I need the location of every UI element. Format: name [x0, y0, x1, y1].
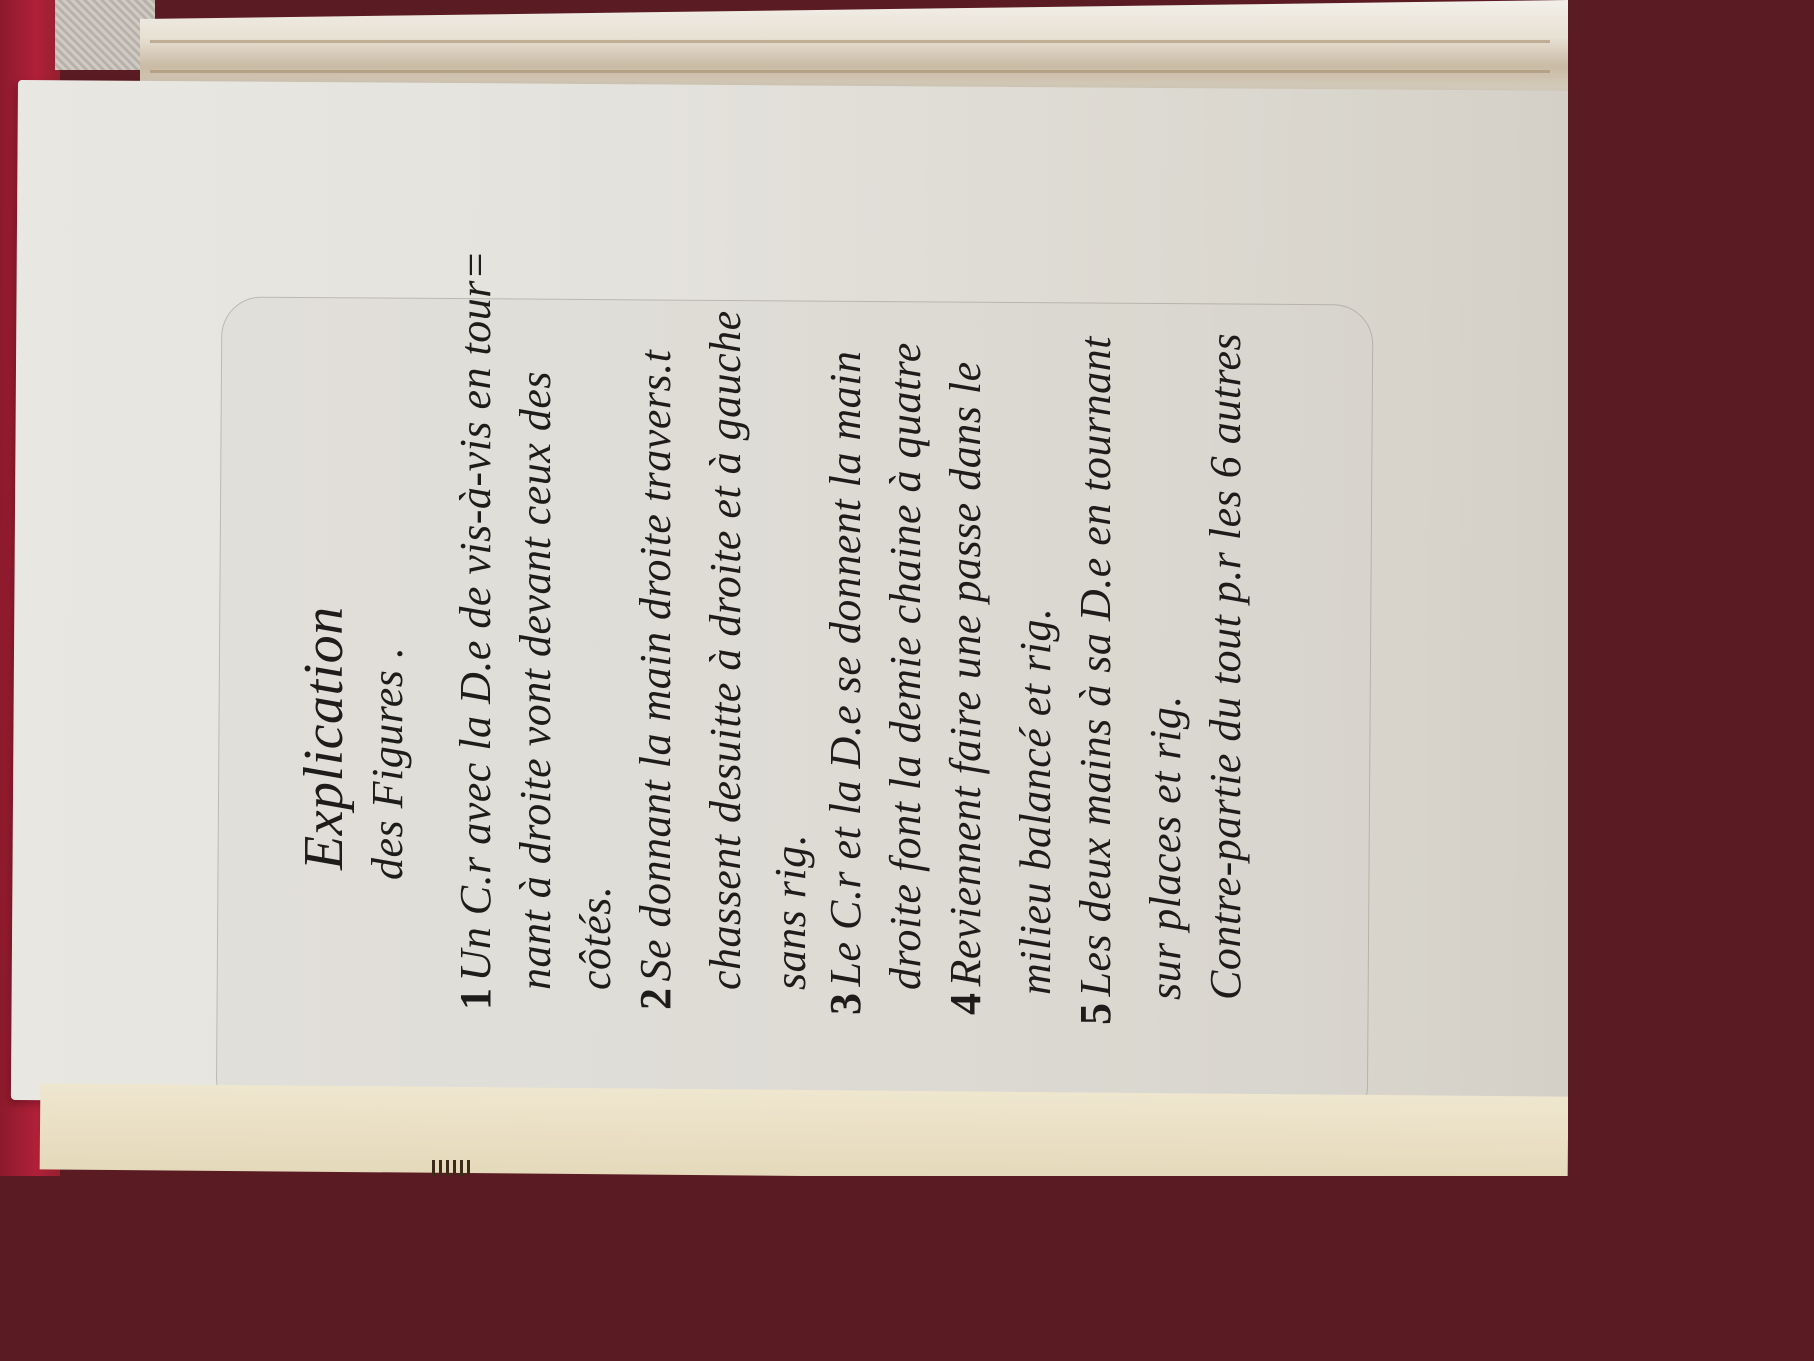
facing-page-edge: [40, 1083, 1568, 1176]
page-edge-line: [150, 70, 1550, 73]
text-line: chassent desuitte à droite et à gauche: [700, 310, 751, 990]
text-line: droite font la demie chaine à quatre: [880, 342, 931, 990]
text-line: 1Un C.r avec la D.e de vis-à-vis en tour…: [450, 250, 501, 1010]
text-line: 4Reviennent faire une passe dans le: [940, 361, 991, 1015]
page-edge-line: [150, 40, 1550, 43]
text-line: milieu balancé et rig.: [1010, 608, 1061, 995]
text-line: côtés.: [570, 886, 621, 990]
text-line: 2Se donnant la main droite travers.t: [630, 350, 681, 1010]
page-stack-edges: [140, 0, 1568, 95]
text-line: nant à droite vont devant ceux des: [510, 371, 561, 990]
text-line: sur places et rig.: [1140, 695, 1191, 1000]
page-subtitle: des Figures .: [362, 647, 413, 880]
text-line: 3Le C.r et la D.e se donnent la main: [820, 351, 871, 1015]
page-title: Explication: [292, 606, 356, 870]
text-line: Contre-partie du tout p.r les 6 autres: [1200, 333, 1251, 1000]
spine-stitching: [432, 1160, 472, 1176]
text-line: 5Les deux mains à sa D.e en tournant: [1070, 336, 1121, 1025]
text-line: sans rig.: [765, 834, 816, 990]
